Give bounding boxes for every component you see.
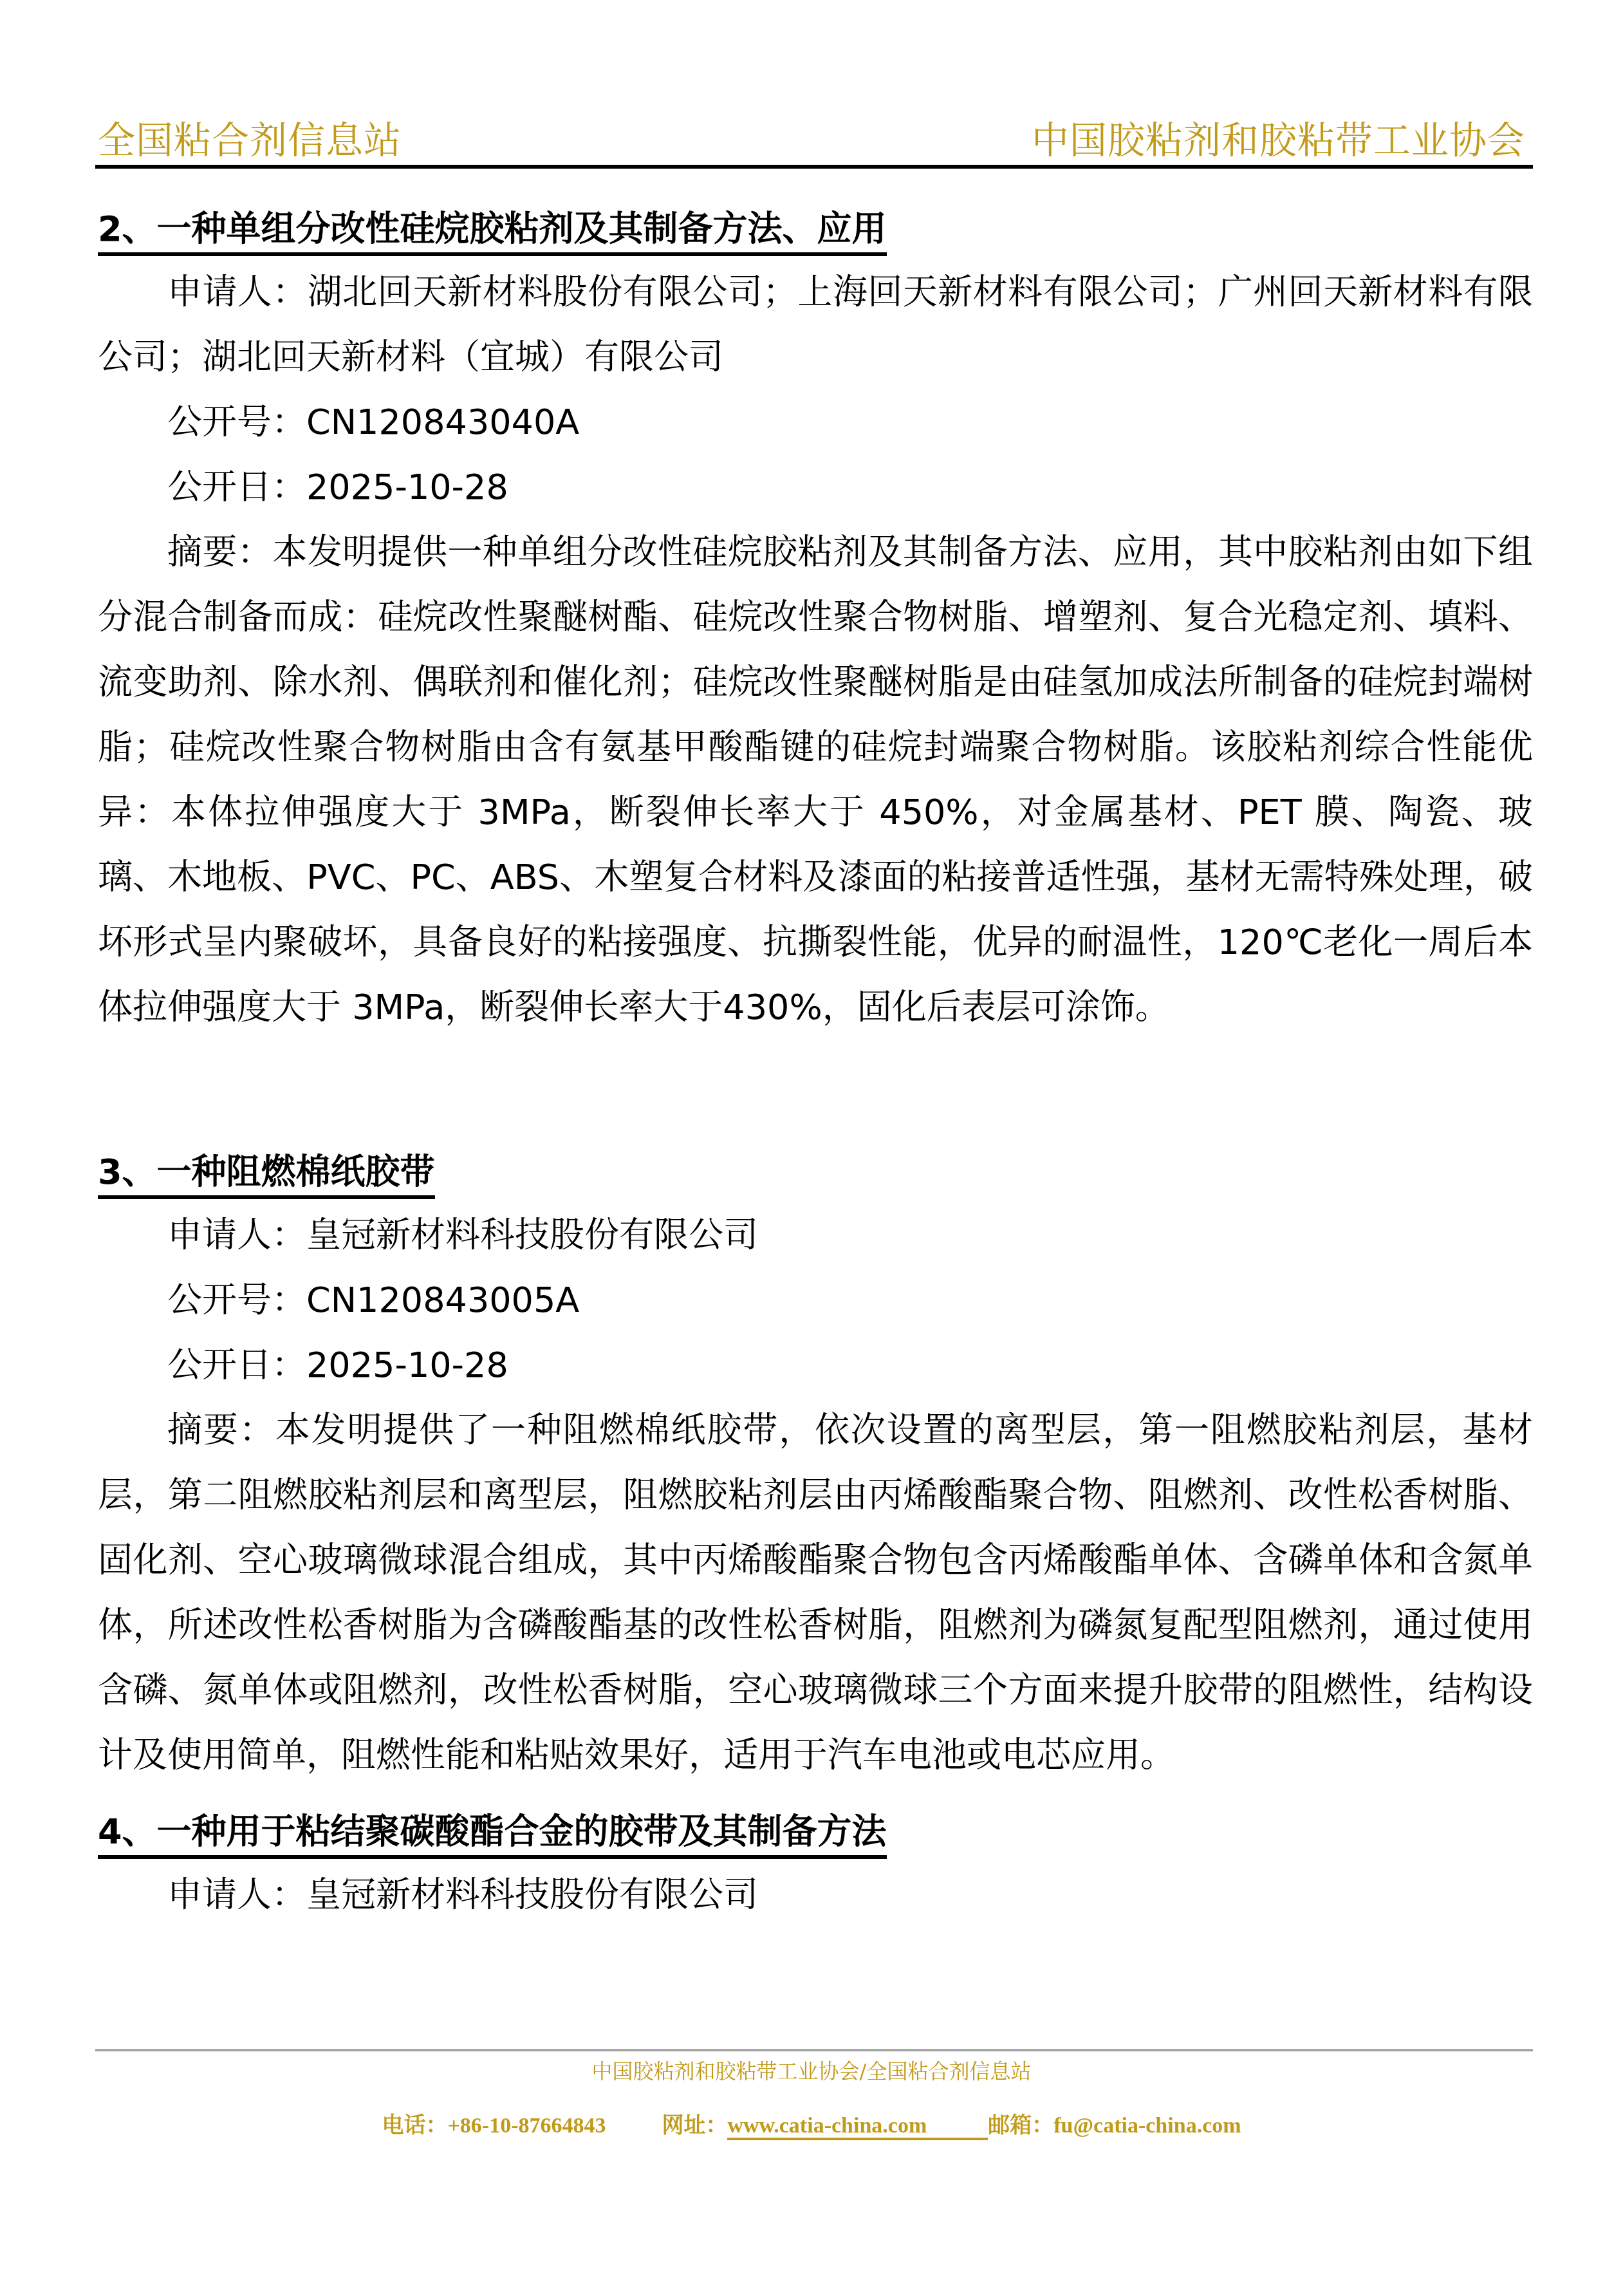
email-label: 邮箱： — [988, 2110, 1053, 2142]
publication-number-field: 公开号：CN120843040A — [98, 389, 1533, 454]
header-divider — [95, 165, 1533, 169]
footer-divider — [95, 2049, 1533, 2051]
publication-number-label: 公开号： — [167, 402, 306, 442]
publication-date-label: 公开日： — [167, 1345, 306, 1385]
publication-date-value: 2025-10-28 — [306, 467, 508, 507]
site-header-right-title: 中国胶粘剂和胶粘带工业协会 — [1032, 116, 1525, 165]
publication-date-field: 公开日：2025-10-28 — [98, 1332, 1533, 1397]
publication-date-label: 公开日： — [167, 467, 306, 507]
patent-title: 4、一种用于粘结聚碳酸酯合金的胶带及其制备方法 — [98, 1809, 887, 1859]
publication-date-value: 2025-10-28 — [306, 1345, 508, 1385]
publication-number-label: 公开号： — [167, 1280, 306, 1320]
website-link[interactable]: www.catia-china.com — [727, 2114, 988, 2140]
publication-number-value: CN120843040A — [306, 402, 579, 442]
applicant-field: 申请人：皇冠新材料科技股份有限公司 — [98, 1202, 1533, 1267]
site-header-left-title: 全国粘合剂信息站 — [98, 116, 402, 165]
applicant-value: 皇冠新材料科技股份有限公司 — [306, 1215, 758, 1255]
abstract-text: 本发明提供了一种阻燃棉纸胶带，依次设置的离型层，第一阻燃胶粘剂层，基材层，第二阻… — [98, 1410, 1533, 1775]
abstract-label: 摘要： — [167, 1410, 275, 1450]
abstract-paragraph: 摘要：本发明提供了一种阻燃棉纸胶带，依次设置的离型层，第一阻燃胶粘剂层，基材层，… — [98, 1397, 1533, 1787]
footer-org-line: 中国胶粘剂和胶粘带工业协会/全国粘合剂信息站 — [0, 2055, 1623, 2087]
applicant-value: 湖北回天新材料股份有限公司；上海回天新材料有限公司；广州回天新材料有限公司；湖北… — [98, 272, 1533, 377]
applicant-label: 申请人： — [167, 272, 308, 312]
applicant-label: 申请人： — [167, 1874, 306, 1915]
phone-label: 电话： — [382, 2110, 447, 2142]
publication-date-field: 公开日：2025-10-28 — [98, 454, 1533, 519]
applicant-field: 申请人：湖北回天新材料股份有限公司；上海回天新材料有限公司；广州回天新材料有限公… — [98, 259, 1533, 389]
patent-entry-3: 3、一种阻燃棉纸胶带 申请人：皇冠新材料科技股份有限公司 公开号：CN12084… — [98, 1136, 1533, 1787]
phone-number: +86-10-87664843 — [447, 2110, 606, 2142]
applicant-value: 皇冠新材料科技股份有限公司 — [306, 1874, 758, 1915]
publication-number-value: CN120843005A — [306, 1280, 579, 1320]
abstract-paragraph: 摘要：本发明提供一种单组分改性硅烷胶粘剂及其制备方法、应用，其中胶粘剂由如下组分… — [98, 519, 1533, 1040]
patent-entry-2: 2、一种单组分改性硅烷胶粘剂及其制备方法、应用 申请人：湖北回天新材料股份有限公… — [98, 193, 1533, 1040]
email-address[interactable]: fu@catia-china.com — [1053, 2110, 1241, 2142]
patent-entry-4: 4、一种用于粘结聚碳酸酯合金的胶带及其制备方法 申请人：皇冠新材料科技股份有限公… — [98, 1796, 1533, 1927]
applicant-field: 申请人：皇冠新材料科技股份有限公司 — [98, 1862, 1533, 1927]
publication-number-field: 公开号：CN120843005A — [98, 1267, 1533, 1332]
abstract-label: 摘要： — [167, 532, 272, 572]
patent-title: 2、一种单组分改性硅烷胶粘剂及其制备方法、应用 — [98, 206, 887, 256]
patent-title: 3、一种阻燃棉纸胶带 — [98, 1149, 435, 1199]
website-label: 网址： — [662, 2110, 727, 2142]
applicant-label: 申请人： — [167, 1215, 306, 1255]
abstract-text: 本发明提供一种单组分改性硅烷胶粘剂及其制备方法、应用，其中胶粘剂由如下组分混合制… — [98, 532, 1533, 1027]
footer-contact-line: 电话：+86-10-87664843 网址：www.catia-china.co… — [0, 2110, 1623, 2142]
